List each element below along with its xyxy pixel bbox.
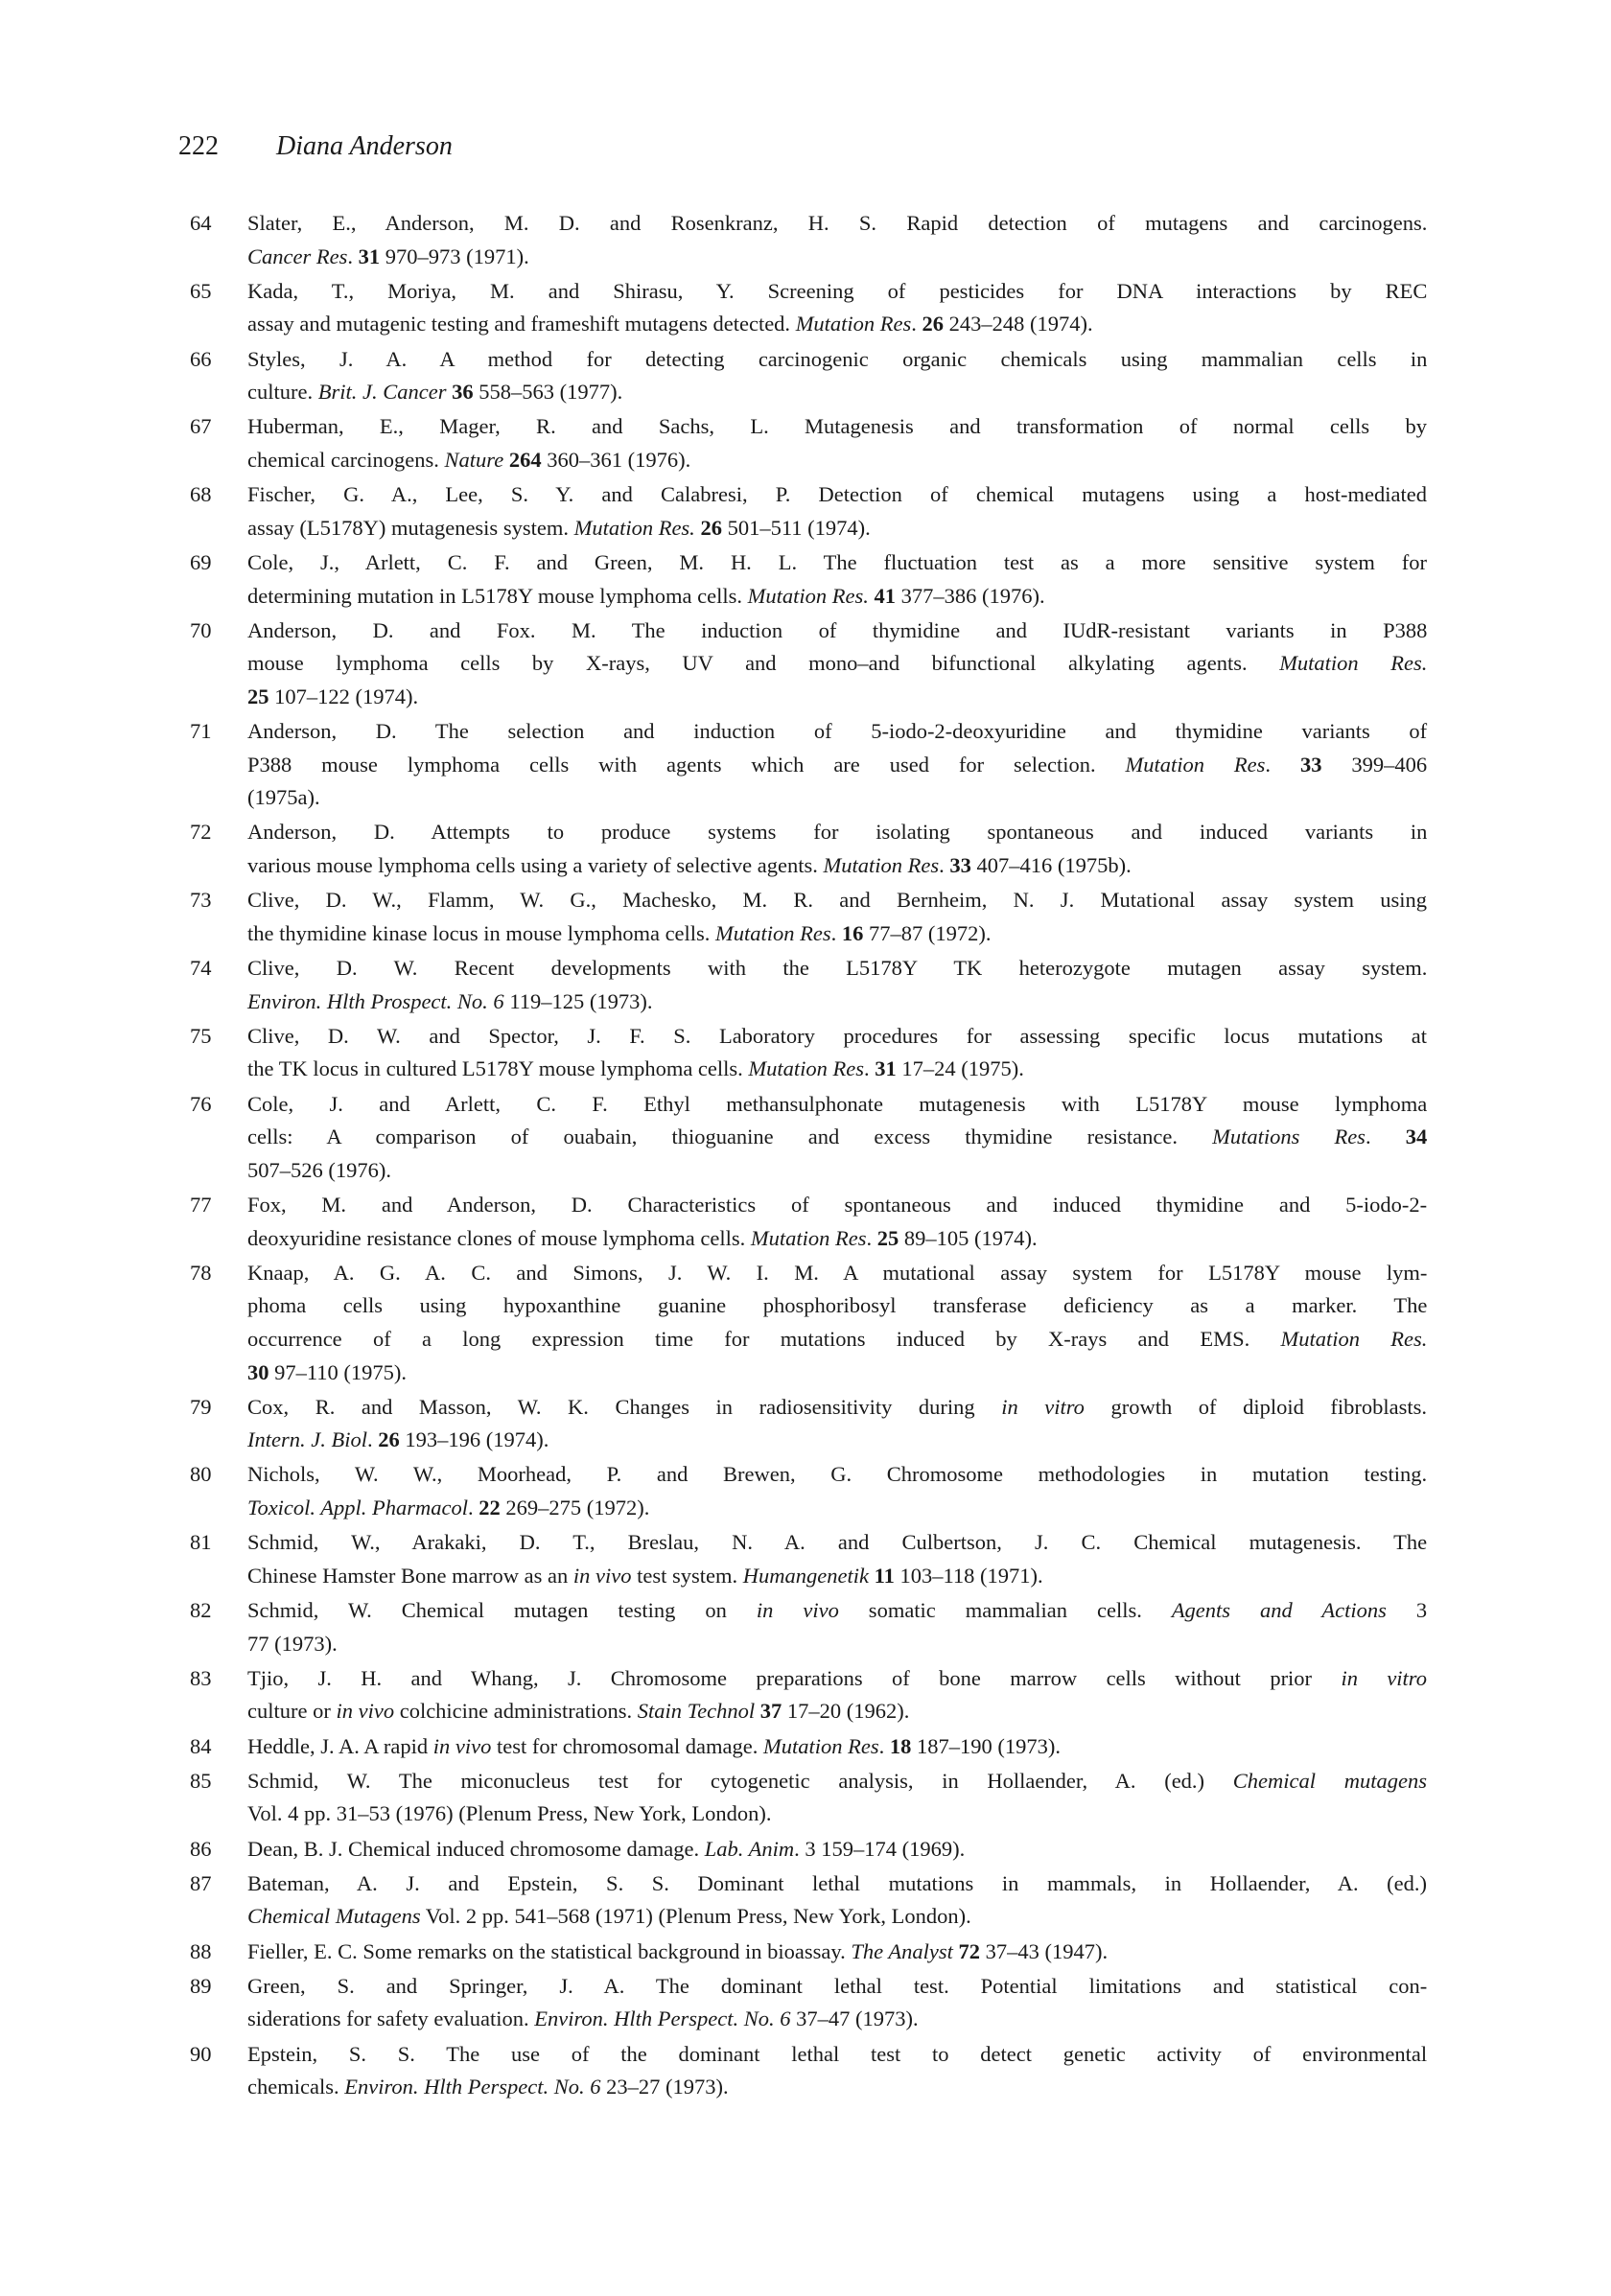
journal-or-emphasis-text: Mutation Res: [748, 1056, 864, 1080]
reference-number: 90: [190, 2038, 247, 2104]
reference-line: siderations for safety evaluation. Envir…: [247, 2003, 1427, 2036]
citation-text: .: [347, 244, 358, 268]
citation-text: occurrence of a long expression time for…: [247, 1327, 1280, 1351]
citation-text: 360–361 (1976).: [542, 448, 691, 472]
citation-text: assay and mutagenic testing and frameshi…: [247, 312, 796, 336]
citation-text: 37–43 (1947).: [980, 1939, 1108, 1963]
reference-line: Tjio, J. H. and Whang, J. Chromosome pre…: [247, 1662, 1427, 1696]
citation-text: 103–118 (1971).: [895, 1564, 1043, 1588]
citation-text: 89–105 (1974).: [899, 1226, 1037, 1250]
reference-line: Schmid, W. Chemical mutagen testing on i…: [247, 1594, 1427, 1628]
citation-text: 37–47 (1973).: [791, 2006, 919, 2030]
journal-or-emphasis-text: Lab. Anim: [705, 1837, 794, 1861]
citation-text: chemical carcinogens.: [247, 448, 445, 472]
reference-text: Tjio, J. H. and Whang, J. Chromosome pre…: [247, 1662, 1427, 1728]
reference-entry: 72Anderson, D. Attempts to produce syste…: [190, 816, 1427, 882]
volume-number: 33: [1300, 753, 1322, 777]
reference-entry: 67Huberman, E., Mager, R. and Sachs, L. …: [190, 410, 1427, 476]
reference-line: Cole, J. and Arlett, C. F. Ethyl methans…: [247, 1088, 1427, 1122]
reference-entry: 87Bateman, A. J. and Epstein, S. S. Domi…: [190, 1867, 1427, 1934]
reference-line: Intern. J. Biol. 26 193–196 (1974).: [247, 1424, 1427, 1457]
volume-number: 26: [700, 516, 722, 540]
citation-text: Dean, B. J. Chemical induced chromosome …: [247, 1837, 705, 1861]
journal-or-emphasis-text: in vitro: [1001, 1395, 1085, 1419]
reference-number: 83: [190, 1662, 247, 1728]
journal-or-emphasis-text: Mutation Res: [823, 853, 939, 877]
reference-entry: 89Green, S. and Springer, J. A. The domi…: [190, 1970, 1427, 2036]
reference-line: Styles, J. A. A method for detecting car…: [247, 343, 1427, 377]
reference-line: occurrence of a long expression time for…: [247, 1323, 1427, 1357]
citation-text: 970–973 (1971).: [380, 244, 529, 268]
reference-line: chemicals. Environ. Hlth Perspect. No. 6…: [247, 2071, 1427, 2104]
reference-line: Vol. 4 pp. 31–53 (1976) (Plenum Press, N…: [247, 1797, 1427, 1831]
reference-line: the TK locus in cultured L5178Y mouse ly…: [247, 1053, 1427, 1086]
volume-number: 72: [958, 1939, 980, 1963]
citation-text: growth of diploid fibroblasts.: [1085, 1395, 1427, 1419]
journal-or-emphasis-text: in vitro: [1341, 1666, 1427, 1690]
citation-text: 17–20 (1962).: [782, 1699, 909, 1723]
citation-text: 23–27 (1973).: [600, 2075, 728, 2099]
journal-or-emphasis-text: Cancer Res: [247, 244, 347, 268]
journal-or-emphasis-text: in vivo: [433, 1734, 492, 1758]
citation-text: 558–563 (1977).: [474, 380, 623, 404]
reference-line: Clive, D. W. and Spector, J. F. S. Labor…: [247, 1020, 1427, 1054]
citation-text: Tjio, J. H. and Whang, J. Chromosome pre…: [247, 1666, 1341, 1690]
reference-entry: 64Slater, E., Anderson, M. D. and Rosenk…: [190, 207, 1427, 273]
reference-entry: 80Nichols, W. W., Moorhead, P. and Brewe…: [190, 1458, 1427, 1524]
citation-text: 119–125 (1973).: [504, 989, 653, 1013]
citation-text: Clive, D. W., Flamm, W. G., Machesko, M.…: [247, 888, 1427, 912]
reference-line: assay and mutagenic testing and frameshi…: [247, 308, 1427, 341]
reference-entry: 74Clive, D. W. Recent developments with …: [190, 952, 1427, 1018]
journal-or-emphasis-text: Mutation Res.: [574, 516, 695, 540]
citation-text: 77 (1973).: [247, 1632, 338, 1656]
reference-line: Nichols, W. W., Moorhead, P. and Brewen,…: [247, 1458, 1427, 1492]
citation-text: 501–511 (1974).: [722, 516, 871, 540]
reference-number: 80: [190, 1458, 247, 1524]
reference-line: Slater, E., Anderson, M. D. and Rosenkra…: [247, 207, 1427, 241]
journal-or-emphasis-text: Mutation Res: [1126, 753, 1266, 777]
citation-text: . 3 159–174 (1969).: [794, 1837, 965, 1861]
citation-text: Cole, J. and Arlett, C. F. Ethyl methans…: [247, 1092, 1427, 1116]
journal-or-emphasis-text: Chemical mutagens: [1233, 1769, 1427, 1793]
reference-line: Heddle, J. A. A rapid in vivo test for c…: [247, 1730, 1427, 1764]
reference-line: 77 (1973).: [247, 1628, 1427, 1661]
journal-or-emphasis-text: Mutation Res: [751, 1226, 867, 1250]
citation-text: .: [1366, 1125, 1406, 1148]
citation-text: test system.: [632, 1564, 743, 1588]
journal-or-emphasis-text: Intern. J. Biol: [247, 1427, 367, 1451]
citation-text: Slater, E., Anderson, M. D. and Rosenkra…: [247, 211, 1427, 235]
citation-text: Green, S. and Springer, J. A. The domina…: [247, 1974, 1427, 1998]
journal-or-emphasis-text: Environ. Hlth Perspect. No. 6: [534, 2006, 790, 2030]
reference-line: P388 mouse lymphoma cells with agents wh…: [247, 749, 1427, 782]
journal-or-emphasis-text: Brit. J. Cancer: [318, 380, 447, 404]
reference-number: 68: [190, 478, 247, 545]
journal-or-emphasis-text: Toxicol. Appl. Pharmacol: [247, 1496, 468, 1519]
reference-number: 70: [190, 615, 247, 714]
reference-number: 73: [190, 884, 247, 950]
reference-number: 71: [190, 715, 247, 815]
citation-text: phoma cells using hypoxanthine guanine p…: [247, 1293, 1427, 1317]
volume-number: 11: [875, 1564, 895, 1588]
reference-line: Environ. Hlth Prospect. No. 6 119–125 (1…: [247, 986, 1427, 1019]
reference-text: Knaap, A. G. A. C. and Simons, J. W. I. …: [247, 1257, 1427, 1389]
page-number: 222: [178, 130, 276, 163]
reference-line: mouse lymphoma cells by X-rays, UV and m…: [247, 647, 1427, 681]
citation-text: Fischer, G. A., Lee, S. Y. and Calabresi…: [247, 482, 1427, 506]
reference-line: Fox, M. and Anderson, D. Characteristics…: [247, 1189, 1427, 1222]
citation-text: various mouse lymphoma cells using a var…: [247, 853, 823, 877]
reference-line: culture or in vivo colchicine administra…: [247, 1695, 1427, 1728]
reference-entry: 90Epstein, S. S. The use of the dominant…: [190, 2038, 1427, 2104]
reference-line: Huberman, E., Mager, R. and Sachs, L. Mu…: [247, 410, 1427, 444]
citation-text: .: [367, 1427, 378, 1451]
reference-line: phoma cells using hypoxanthine guanine p…: [247, 1289, 1427, 1323]
reference-line: Anderson, D. The selection and induction…: [247, 715, 1427, 749]
citation-text: 407–416 (1975b).: [971, 853, 1132, 877]
reference-line: Clive, D. W. Recent developments with th…: [247, 952, 1427, 986]
reference-line: Dean, B. J. Chemical induced chromosome …: [247, 1833, 1427, 1867]
reference-text: Epstein, S. S. The use of the dominant l…: [247, 2038, 1427, 2104]
journal-or-emphasis-text: Mutations Res: [1212, 1125, 1366, 1148]
journal-or-emphasis-text: The Analyst: [851, 1939, 952, 1963]
citation-text: P388 mouse lymphoma cells with agents wh…: [247, 753, 1126, 777]
reference-text: Clive, D. W. and Spector, J. F. S. Labor…: [247, 1020, 1427, 1086]
reference-text: Dean, B. J. Chemical induced chromosome …: [247, 1833, 1427, 1867]
volume-number: 37: [760, 1699, 782, 1723]
reference-entry: 82Schmid, W. Chemical mutagen testing on…: [190, 1594, 1427, 1660]
journal-or-emphasis-text: Mutation Res.: [1279, 651, 1427, 675]
volume-number: 26: [922, 312, 945, 336]
journal-or-emphasis-text: Mutation Res.: [748, 584, 869, 608]
journal-or-emphasis-text: Stain Technol: [638, 1699, 755, 1723]
citation-text: Schmid, W. The miconucleus test for cyto…: [247, 1769, 1233, 1793]
reference-line: Schmid, W. The miconucleus test for cyto…: [247, 1765, 1427, 1798]
reference-entry: 69Cole, J., Arlett, C. F. and Green, M. …: [190, 546, 1427, 613]
citation-text: 269–275 (1972).: [501, 1496, 650, 1519]
reference-line: various mouse lymphoma cells using a var…: [247, 849, 1427, 883]
reference-number: 64: [190, 207, 247, 273]
reference-number: 87: [190, 1867, 247, 1934]
reference-entry: 66Styles, J. A. A method for detecting c…: [190, 343, 1427, 409]
citation-text: Anderson, D. Attempts to produce systems…: [247, 820, 1427, 844]
reference-text: Kada, T., Moriya, M. and Shirasu, Y. Scr…: [247, 275, 1427, 341]
reference-number: 78: [190, 1257, 247, 1389]
reference-entry: 88Fieller, E. C. Some remarks on the sta…: [190, 1936, 1427, 1969]
reference-text: Nichols, W. W., Moorhead, P. and Brewen,…: [247, 1458, 1427, 1524]
reference-line: Schmid, W., Arakaki, D. T., Breslau, N. …: [247, 1526, 1427, 1560]
reference-number: 66: [190, 343, 247, 409]
reference-number: 75: [190, 1020, 247, 1086]
citation-text: culture or: [247, 1699, 336, 1723]
reference-line: Cole, J., Arlett, C. F. and Green, M. H.…: [247, 546, 1427, 580]
reference-text: Cole, J. and Arlett, C. F. Ethyl methans…: [247, 1088, 1427, 1188]
citation-text: Nichols, W. W., Moorhead, P. and Brewen,…: [247, 1462, 1427, 1486]
reference-entry: 79Cox, R. and Masson, W. K. Changes in r…: [190, 1391, 1427, 1457]
citation-text: Anderson, D. and Fox. M. The induction o…: [247, 618, 1427, 642]
reference-text: Green, S. and Springer, J. A. The domina…: [247, 1970, 1427, 2036]
reference-line: culture. Brit. J. Cancer 36 558–563 (197…: [247, 376, 1427, 409]
reference-line: Epstein, S. S. The use of the dominant l…: [247, 2038, 1427, 2072]
citation-text: Knaap, A. G. A. C. and Simons, J. W. I. …: [247, 1261, 1427, 1285]
reference-line: Cancer Res. 31 970–973 (1971).: [247, 241, 1427, 274]
citation-text: Kada, T., Moriya, M. and Shirasu, Y. Scr…: [247, 279, 1427, 303]
citation-text: Styles, J. A. A method for detecting car…: [247, 347, 1427, 371]
reference-text: Huberman, E., Mager, R. and Sachs, L. Mu…: [247, 410, 1427, 476]
reference-entry: 77Fox, M. and Anderson, D. Characteristi…: [190, 1189, 1427, 1255]
journal-or-emphasis-text: Chemical Mutagens: [247, 1904, 421, 1928]
reference-list: 64Slater, E., Anderson, M. D. and Rosenk…: [190, 207, 1427, 2105]
citation-text: Chinese Hamster Bone marrow as an: [247, 1564, 573, 1588]
citation-text: culture.: [247, 380, 318, 404]
reference-line: Fieller, E. C. Some remarks on the stati…: [247, 1936, 1427, 1969]
citation-text: Clive, D. W. and Spector, J. F. S. Labor…: [247, 1024, 1427, 1048]
reference-entry: 70Anderson, D. and Fox. M. The induction…: [190, 615, 1427, 714]
journal-or-emphasis-text: in vivo: [757, 1598, 839, 1622]
citation-text: deoxyuridine resistance clones of mouse …: [247, 1226, 751, 1250]
reference-number: 84: [190, 1730, 247, 1764]
volume-number: 31: [875, 1056, 897, 1080]
citation-text: test for chromosomal damage.: [491, 1734, 763, 1758]
reference-text: Schmid, W. The miconucleus test for cyto…: [247, 1765, 1427, 1831]
citation-text: Schmid, W. Chemical mutagen testing on: [247, 1598, 757, 1622]
citation-text: Bateman, A. J. and Epstein, S. S. Domina…: [247, 1871, 1427, 1895]
reference-text: Schmid, W. Chemical mutagen testing on i…: [247, 1594, 1427, 1660]
citation-text: 107–122 (1974).: [269, 684, 419, 708]
citation-text: mouse lymphoma cells by X-rays, UV and m…: [247, 651, 1279, 675]
citation-text: .: [831, 921, 842, 945]
reference-entry: 78Knaap, A. G. A. C. and Simons, J. W. I…: [190, 1257, 1427, 1389]
reference-line: Chemical Mutagens Vol. 2 pp. 541–568 (19…: [247, 1900, 1427, 1934]
volume-number: 34: [1406, 1125, 1428, 1148]
reference-line: Green, S. and Springer, J. A. The domina…: [247, 1970, 1427, 2004]
reference-entry: 73Clive, D. W., Flamm, W. G., Machesko, …: [190, 884, 1427, 950]
reference-text: Clive, D. W., Flamm, W. G., Machesko, M.…: [247, 884, 1427, 950]
citation-text: 507–526 (1976).: [247, 1158, 391, 1182]
volume-number: 33: [949, 853, 971, 877]
reference-line: assay (L5178Y) mutagenesis system. Mutat…: [247, 512, 1427, 545]
citation-text: 193–196 (1974).: [400, 1427, 549, 1451]
citation-text: .: [911, 312, 922, 336]
reference-entry: 71Anderson, D. The selection and inducti…: [190, 715, 1427, 815]
citation-text: 77–87 (1972).: [863, 921, 991, 945]
reference-line: Kada, T., Moriya, M. and Shirasu, Y. Scr…: [247, 275, 1427, 309]
reference-number: 74: [190, 952, 247, 1018]
citation-text: siderations for safety evaluation.: [247, 2006, 534, 2030]
volume-number: 264: [509, 448, 542, 472]
reference-entry: 83Tjio, J. H. and Whang, J. Chromosome p…: [190, 1662, 1427, 1728]
reference-line: 507–526 (1976).: [247, 1154, 1427, 1188]
reference-text: Cox, R. and Masson, W. K. Changes in rad…: [247, 1391, 1427, 1457]
citation-text: Clive, D. W. Recent developments with th…: [247, 956, 1427, 980]
reference-text: Slater, E., Anderson, M. D. and Rosenkra…: [247, 207, 1427, 273]
reference-number: 88: [190, 1936, 247, 1969]
citation-text: Cole, J., Arlett, C. F. and Green, M. H.…: [247, 550, 1427, 574]
reference-text: Clive, D. W. Recent developments with th…: [247, 952, 1427, 1018]
reference-line: determining mutation in L5178Y mouse lym…: [247, 580, 1427, 614]
reference-number: 67: [190, 410, 247, 476]
reference-line: Anderson, D. and Fox. M. The induction o…: [247, 615, 1427, 648]
citation-text: Epstein, S. S. The use of the dominant l…: [247, 2042, 1427, 2066]
reference-text: Anderson, D. and Fox. M. The induction o…: [247, 615, 1427, 714]
citation-text: Anderson, D. The selection and induction…: [247, 719, 1427, 743]
running-head-author: Diana Anderson: [276, 131, 453, 161]
citation-text: Heddle, J. A. A rapid: [247, 1734, 433, 1758]
reference-number: 82: [190, 1594, 247, 1660]
reference-text: Schmid, W., Arakaki, D. T., Breslau, N. …: [247, 1526, 1427, 1592]
volume-number: 30: [247, 1360, 269, 1384]
reference-entry: 65Kada, T., Moriya, M. and Shirasu, Y. S…: [190, 275, 1427, 341]
reference-text: Fox, M. and Anderson, D. Characteristics…: [247, 1189, 1427, 1255]
reference-entry: 86Dean, B. J. Chemical induced chromosom…: [190, 1833, 1427, 1867]
volume-number: 18: [890, 1734, 912, 1758]
reference-line: the thymidine kinase locus in mouse lymp…: [247, 917, 1427, 951]
volume-number: 16: [842, 921, 864, 945]
citation-text: colchicine administrations.: [394, 1699, 638, 1723]
reference-number: 79: [190, 1391, 247, 1457]
journal-or-emphasis-text: in vivo: [336, 1699, 394, 1723]
journal-or-emphasis-text: Mutation Res: [796, 312, 912, 336]
journal-or-emphasis-text: Nature: [445, 448, 504, 472]
citation-text: the TK locus in cultured L5178Y mouse ly…: [247, 1056, 748, 1080]
citation-text: cells: A comparison of ouabain, thioguan…: [247, 1125, 1212, 1148]
volume-number: 41: [874, 584, 896, 608]
volume-number: 31: [359, 244, 381, 268]
journal-or-emphasis-text: Humangenetik: [743, 1564, 869, 1588]
citation-text: .: [879, 1734, 890, 1758]
citation-text: assay (L5178Y) mutagenesis system.: [247, 516, 574, 540]
citation-text: Huberman, E., Mager, R. and Sachs, L. Mu…: [247, 414, 1427, 438]
citation-text: Fox, M. and Anderson, D. Characteristics…: [247, 1193, 1427, 1217]
reference-line: Knaap, A. G. A. C. and Simons, J. W. I. …: [247, 1257, 1427, 1290]
reference-line: 30 97–110 (1975).: [247, 1357, 1427, 1390]
reference-entry: 76Cole, J. and Arlett, C. F. Ethyl metha…: [190, 1088, 1427, 1188]
citation-text: (1975a).: [247, 785, 320, 809]
volume-number: 36: [452, 380, 474, 404]
reference-text: Anderson, D. Attempts to produce systems…: [247, 816, 1427, 882]
citation-text: .: [866, 1226, 876, 1250]
journal-or-emphasis-text: Mutation Res: [763, 1734, 879, 1758]
reference-entry: 84Heddle, J. A. A rapid in vivo test for…: [190, 1730, 1427, 1764]
citation-text: 3: [1387, 1598, 1427, 1622]
reference-number: 89: [190, 1970, 247, 2036]
reference-entry: 81Schmid, W., Arakaki, D. T., Breslau, N…: [190, 1526, 1427, 1592]
reference-line: Anderson, D. Attempts to produce systems…: [247, 816, 1427, 849]
citation-text: 17–24 (1975).: [897, 1056, 1024, 1080]
reference-text: Fischer, G. A., Lee, S. Y. and Calabresi…: [247, 478, 1427, 545]
reference-number: 85: [190, 1765, 247, 1831]
volume-number: 25: [247, 684, 269, 708]
reference-text: Bateman, A. J. and Epstein, S. S. Domina…: [247, 1867, 1427, 1934]
citation-text: somatic mammalian cells.: [839, 1598, 1172, 1622]
reference-line: Clive, D. W., Flamm, W. G., Machesko, M.…: [247, 884, 1427, 917]
reference-line: chemical carcinogens. Nature 264 360–361…: [247, 444, 1427, 477]
running-header: 222Diana Anderson: [178, 130, 453, 163]
citation-text: 187–190 (1973).: [911, 1734, 1061, 1758]
reference-number: 76: [190, 1088, 247, 1188]
reference-entry: 68Fischer, G. A., Lee, S. Y. and Calabre…: [190, 478, 1427, 545]
reference-line: Fischer, G. A., Lee, S. Y. and Calabresi…: [247, 478, 1427, 512]
citation-text: Cox, R. and Masson, W. K. Changes in rad…: [247, 1395, 1001, 1419]
citation-text: Vol. 2 pp. 541–568 (1971) (Plenum Press,…: [421, 1904, 971, 1928]
reference-text: Cole, J., Arlett, C. F. and Green, M. H.…: [247, 546, 1427, 613]
reference-number: 69: [190, 546, 247, 613]
citation-text: .: [864, 1056, 875, 1080]
reference-line: deoxyuridine resistance clones of mouse …: [247, 1222, 1427, 1256]
volume-number: 25: [877, 1226, 899, 1250]
reference-number: 65: [190, 275, 247, 341]
citation-text: the thymidine kinase locus in mouse lymp…: [247, 921, 715, 945]
reference-text: Anderson, D. The selection and induction…: [247, 715, 1427, 815]
journal-or-emphasis-text: Environ. Hlth Perspect. No. 6: [344, 2075, 600, 2099]
reference-line: Bateman, A. J. and Epstein, S. S. Domina…: [247, 1867, 1427, 1901]
journal-or-emphasis-text: in vivo: [573, 1564, 632, 1588]
reference-number: 86: [190, 1833, 247, 1867]
citation-text: .: [468, 1496, 479, 1519]
reference-line: cells: A comparison of ouabain, thioguan…: [247, 1121, 1427, 1154]
reference-number: 81: [190, 1526, 247, 1592]
reference-number: 77: [190, 1189, 247, 1255]
reference-line: Cox, R. and Masson, W. K. Changes in rad…: [247, 1391, 1427, 1425]
journal-or-emphasis-text: Mutation Res.: [1280, 1327, 1427, 1351]
reference-entry: 85Schmid, W. The miconucleus test for cy…: [190, 1765, 1427, 1831]
reference-line: Chinese Hamster Bone marrow as an in viv…: [247, 1560, 1427, 1593]
citation-text: 97–110 (1975).: [269, 1360, 408, 1384]
journal-or-emphasis-text: Agents and Actions: [1172, 1598, 1387, 1622]
citation-text: .: [939, 853, 949, 877]
reference-text: Heddle, J. A. A rapid in vivo test for c…: [247, 1730, 1427, 1764]
volume-number: 26: [378, 1427, 400, 1451]
reference-number: 72: [190, 816, 247, 882]
citation-text: determining mutation in L5178Y mouse lym…: [247, 584, 748, 608]
citation-text: Vol. 4 pp. 31–53 (1976) (Plenum Press, N…: [247, 1801, 771, 1825]
journal-or-emphasis-text: Mutation Res: [715, 921, 831, 945]
citation-text: .: [1265, 753, 1300, 777]
reference-line: 25 107–122 (1974).: [247, 681, 1427, 714]
reference-text: Styles, J. A. A method for detecting car…: [247, 343, 1427, 409]
citation-text: Schmid, W., Arakaki, D. T., Breslau, N. …: [247, 1530, 1427, 1554]
reference-text: Fieller, E. C. Some remarks on the stati…: [247, 1936, 1427, 1969]
citation-text: 243–248 (1974).: [944, 312, 1093, 336]
journal-or-emphasis-text: Environ. Hlth Prospect. No. 6: [247, 989, 504, 1013]
reference-entry: 75Clive, D. W. and Spector, J. F. S. Lab…: [190, 1020, 1427, 1086]
reference-line: Toxicol. Appl. Pharmacol. 22 269–275 (19…: [247, 1492, 1427, 1525]
volume-number: 22: [479, 1496, 501, 1519]
reference-line: (1975a).: [247, 781, 1427, 815]
citation-text: 377–386 (1976).: [896, 584, 1045, 608]
citation-text: Fieller, E. C. Some remarks on the stati…: [247, 1939, 851, 1963]
citation-text: 399–406: [1321, 753, 1427, 777]
citation-text: chemicals.: [247, 2075, 344, 2099]
